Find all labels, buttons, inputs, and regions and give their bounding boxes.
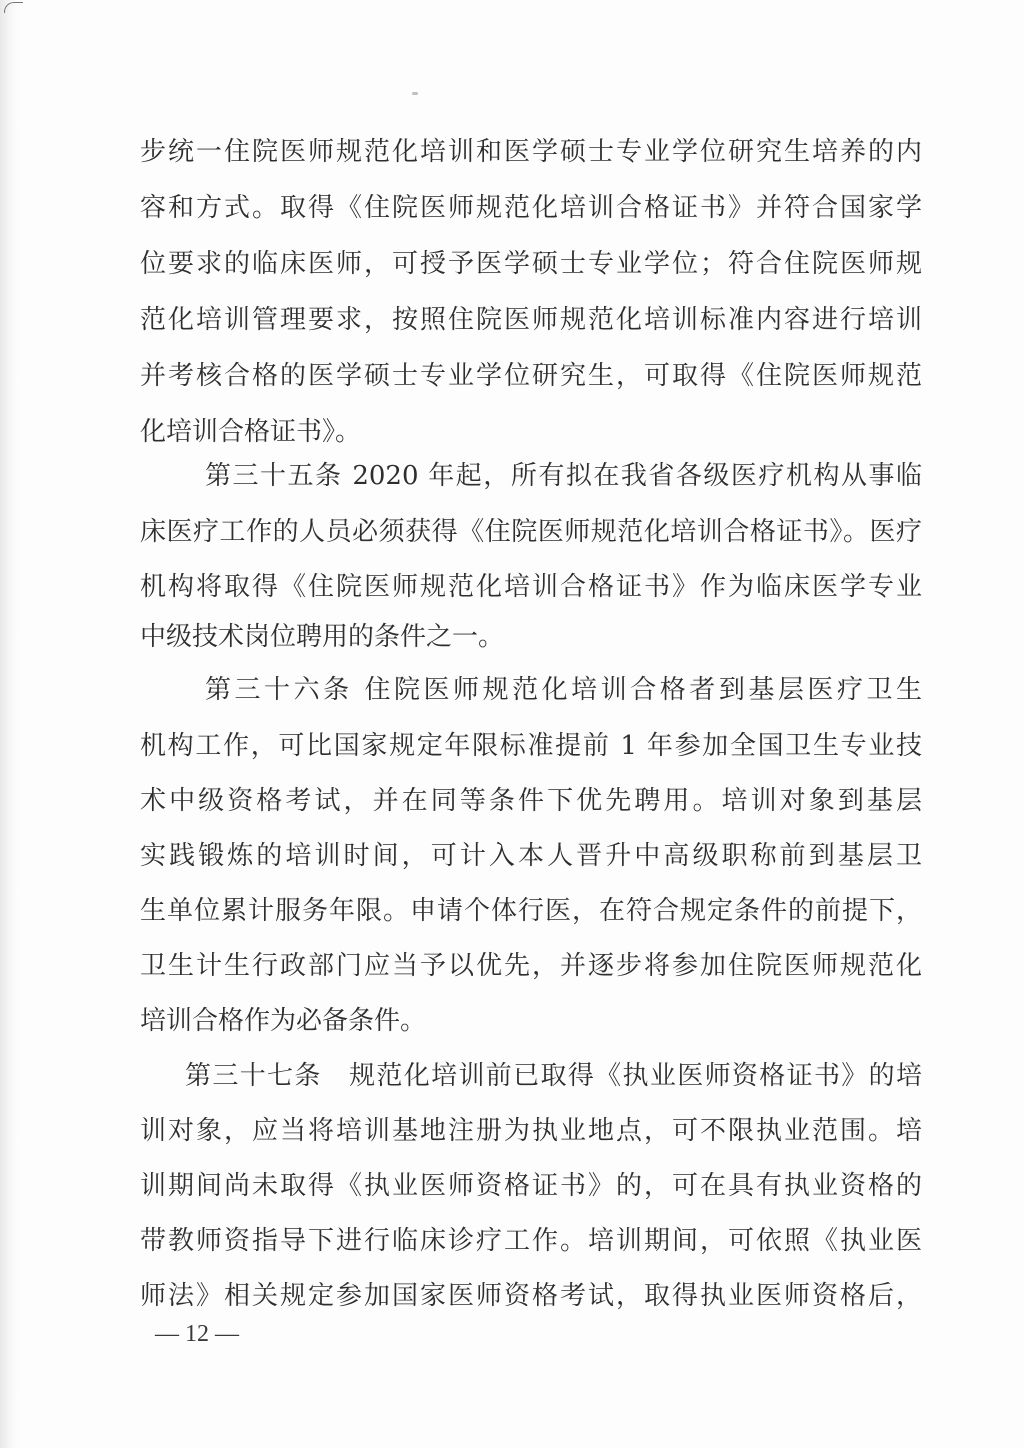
document-page: 步统一住院医师规范化培训和医学硕士专业学位研究生培养的内 容和方式。取得《住院医… <box>0 0 1024 1448</box>
text-line: 培训合格作为必备条件。 <box>140 1001 922 1041</box>
text-line: 并考核合格的医学硕士专业学位研究生，可取得《住院医师规范 <box>140 356 922 396</box>
text-line: 床医疗工作的人员必须获得《住院医师规范化培训合格证书》。医疗 <box>140 512 922 552</box>
text-line: 位要求的临床医师，可授予医学硕士专业学位；符合住院医师规 <box>140 244 922 284</box>
text-line: 机构工作，可比国家规定年限标准提前 1 年参加全国卫生专业技 <box>140 726 922 766</box>
text-line: 师法》相关规定参加国家医师资格考试，取得执业医师资格后， <box>140 1276 922 1316</box>
article-heading-line: 第三十六条 住院医师规范化培训合格者到基层医疗卫生 <box>205 670 922 710</box>
text-line: 中级技术岗位聘用的条件之一。 <box>140 617 922 657</box>
article-heading-line: 第三十七条 规范化培训前已取得《执业医师资格证书》的培 <box>185 1056 922 1096</box>
text-line: 步统一住院医师规范化培训和医学硕士专业学位研究生培养的内 <box>140 132 922 172</box>
text-line: 实践锻炼的培训时间，可计入本人晋升中高级职称前到基层卫 <box>140 836 922 876</box>
text-line: 范化培训管理要求，按照住院医师规范化培训标准内容进行培训 <box>140 300 922 340</box>
text-line: 容和方式。取得《住院医师规范化培训合格证书》并符合国家学 <box>140 188 922 228</box>
text-line: 卫生计生行政部门应当予以优先，并逐步将参加住院医师规范化 <box>140 946 922 986</box>
text-line: 术中级资格考试，并在同等条件下优先聘用。培训对象到基层 <box>140 781 922 821</box>
page-number: — 12 — <box>155 1318 239 1350</box>
text-line: 带教师资指导下进行临床诊疗工作。培训期间，可依照《执业医 <box>140 1221 922 1261</box>
text-line: 训对象，应当将培训基地注册为执业地点，可不限执业范围。培 <box>140 1111 922 1151</box>
text-line: 生单位累计服务年限。申请个体行医，在符合规定条件的前提下， <box>140 891 922 931</box>
text-line: 训期间尚未取得《执业医师资格证书》的，可在具有执业资格的 <box>140 1166 922 1206</box>
article-heading-line: 第三十五条 2020 年起，所有拟在我省各级医疗机构从事临 <box>205 456 922 496</box>
text-line: 化培训合格证书》。 <box>140 412 922 452</box>
text-line: 机构将取得《住院医师规范化培训合格证书》作为临床医学专业 <box>140 567 922 607</box>
